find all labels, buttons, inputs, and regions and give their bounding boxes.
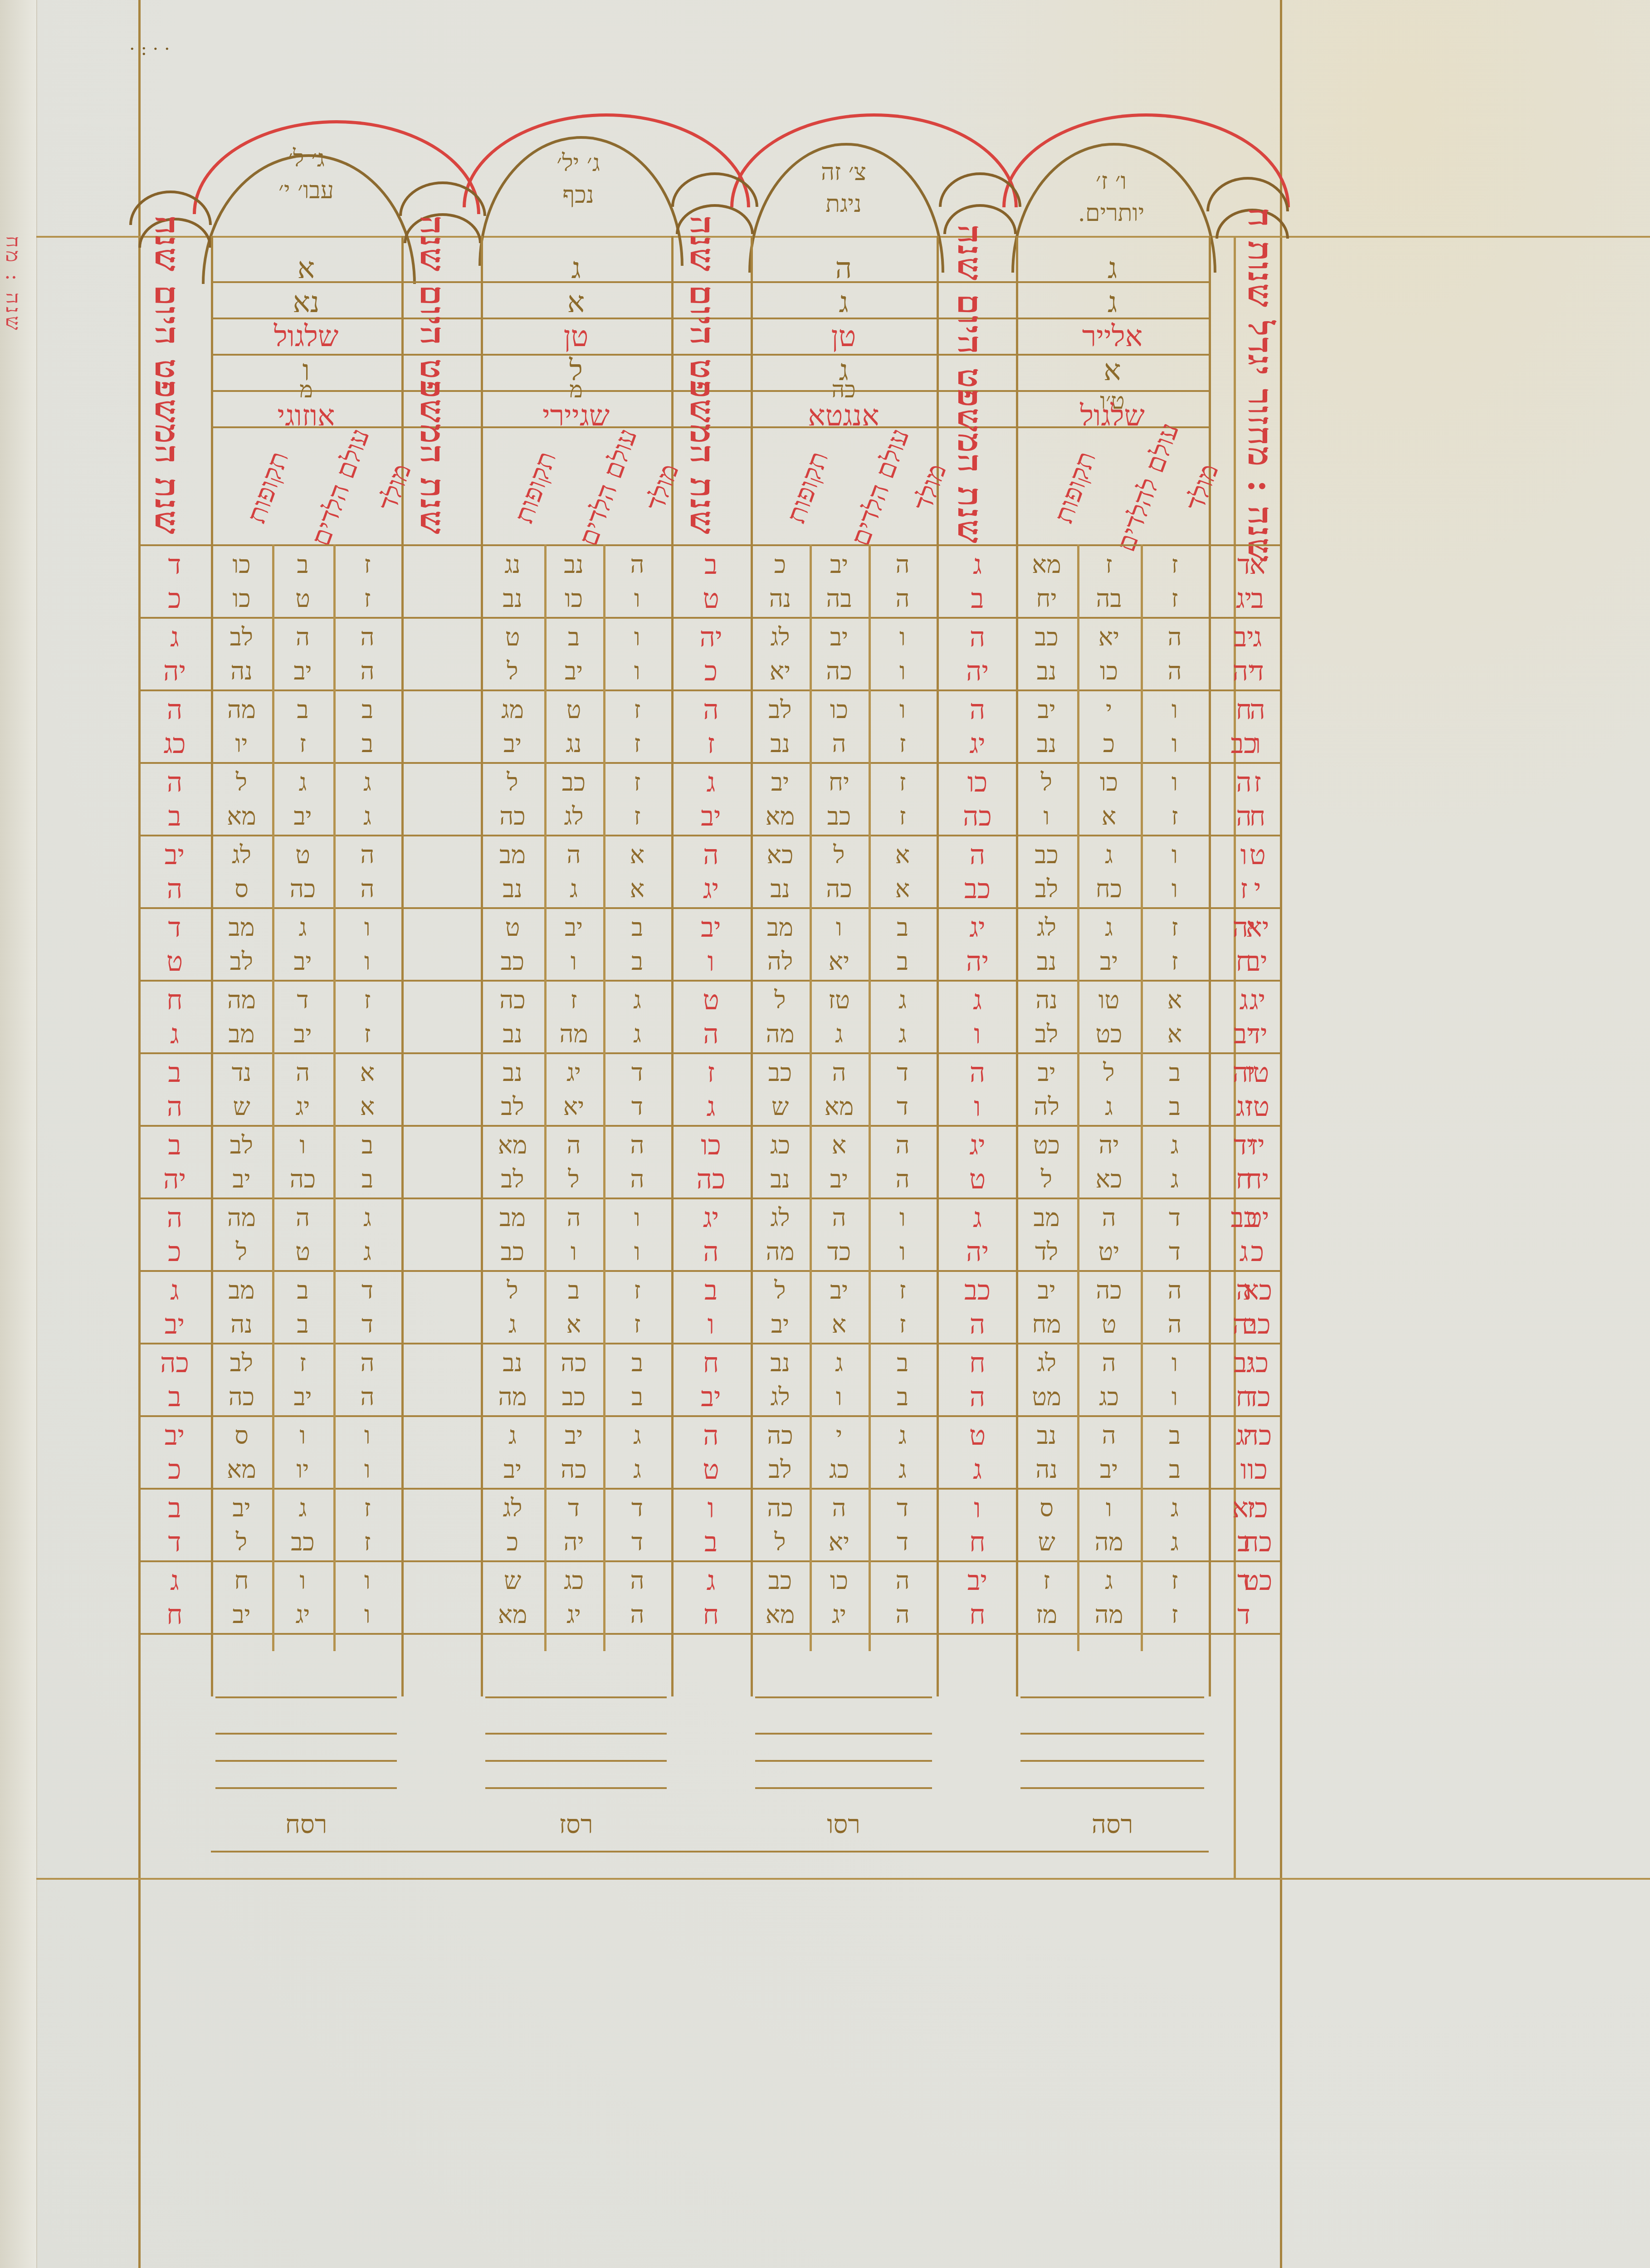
table-cell: נב xyxy=(1016,726,1077,762)
table-cell: יב xyxy=(272,1016,333,1052)
table-row-rule xyxy=(138,544,1281,546)
table-row-rule xyxy=(138,762,1281,764)
table-cell: ה xyxy=(333,871,401,907)
footer-box-rule xyxy=(1020,1733,1204,1735)
table-cell: ה xyxy=(603,1597,671,1633)
table-cell: ב xyxy=(544,1272,603,1309)
table-cell: יב xyxy=(211,1597,272,1633)
red-year-label: ט xyxy=(138,943,211,980)
table-cell: ו xyxy=(1141,764,1209,801)
footer-box-rule xyxy=(1020,1760,1204,1762)
sec2-header-cell-2: ג xyxy=(751,286,937,319)
table-cell: ג xyxy=(333,1234,401,1270)
red-year-label: כה xyxy=(138,1345,211,1381)
table-row-rule xyxy=(138,1343,1281,1344)
footer-year-label: רסח xyxy=(211,1810,401,1839)
table-cell: לב xyxy=(1016,871,1077,907)
table-cell: ג xyxy=(603,1417,671,1454)
section-4-arch-sub: עבו׳ י׳ xyxy=(238,177,374,204)
table-cell: ו xyxy=(603,1234,671,1270)
table-cell: מא xyxy=(751,1597,810,1633)
table-cell: נב xyxy=(481,581,544,617)
red-year-label: ה xyxy=(939,619,1016,655)
red-year-label: ג xyxy=(671,1089,751,1125)
table-cell: יו xyxy=(272,1452,333,1488)
table-cell: ש xyxy=(751,1089,810,1125)
table-cell: כב xyxy=(751,1055,810,1091)
table-cell: ה xyxy=(333,653,401,689)
table-cell: כג xyxy=(810,1452,869,1488)
table-cell: יב xyxy=(544,1417,603,1454)
red-year-label: ה xyxy=(138,1089,211,1125)
red-year-label: כב xyxy=(1209,726,1279,762)
table-cell: ל xyxy=(1016,764,1077,801)
table-cell: ג xyxy=(869,1016,937,1052)
table-cell: כב xyxy=(272,1524,333,1560)
table-cell: ז xyxy=(1141,581,1209,617)
table-cell: א xyxy=(869,837,937,873)
red-year-label: ג xyxy=(1209,982,1279,1018)
red-year-label: יב xyxy=(1209,1016,1279,1052)
table-cell: מה xyxy=(481,1379,544,1415)
red-year-label: כג xyxy=(138,726,211,762)
red-year-label: ז xyxy=(671,1055,751,1091)
table-cell: לב xyxy=(751,1452,810,1488)
red-year-label: ו xyxy=(671,1306,751,1343)
table-cell: ל xyxy=(751,982,810,1018)
table-cell: א xyxy=(603,837,671,873)
table-cell: יב xyxy=(1016,1272,1077,1309)
table-cell: ל xyxy=(481,764,544,801)
red-year-label: ט xyxy=(671,1452,751,1488)
table-cell: ח xyxy=(211,1563,272,1599)
table-cell: ו xyxy=(272,1563,333,1599)
table-cell: ה xyxy=(272,1055,333,1091)
table-cell: ג xyxy=(1077,837,1141,873)
table-cell: לג xyxy=(1016,1345,1077,1381)
table-cell: יח xyxy=(810,764,869,801)
table-cell: ה xyxy=(810,1055,869,1091)
table-cell: כט xyxy=(1077,1016,1141,1052)
red-year-label: ט xyxy=(939,1417,1016,1454)
red-year-label: ב xyxy=(1209,1524,1279,1560)
table-cell: כו xyxy=(211,581,272,617)
table-cell: ג xyxy=(333,764,401,801)
table-cell: ה xyxy=(1141,1272,1209,1309)
table-cell: מט xyxy=(1016,1379,1077,1415)
red-year-label: ו xyxy=(939,1490,1016,1526)
table-cell: ב xyxy=(603,909,671,946)
footer-box-rule xyxy=(215,1787,397,1789)
red-year-label: יא xyxy=(1209,1490,1279,1526)
table-cell: ז xyxy=(869,1272,937,1309)
table-cell: ב xyxy=(272,547,333,583)
red-year-label: ח xyxy=(939,1345,1016,1381)
red-year-label: ג xyxy=(939,547,1016,583)
table-cell: ה xyxy=(544,1200,603,1236)
footer-box-rule xyxy=(1020,1787,1204,1789)
table-cell: יג xyxy=(810,1597,869,1633)
table-cell: ב xyxy=(869,909,937,946)
table-cell: א xyxy=(333,1055,401,1091)
table-cell: ב xyxy=(333,726,401,762)
table-cell: ג xyxy=(1141,1524,1209,1560)
red-year-label: יב xyxy=(138,837,211,873)
red-year-label: יה xyxy=(1209,909,1279,946)
table-cell: ו xyxy=(544,943,603,980)
table-cell: כא xyxy=(1077,1161,1141,1198)
table-cell: ג xyxy=(810,1345,869,1381)
section-2-vertical-label: שנת המשפט היום שנה xyxy=(683,218,722,535)
table-cell: ו xyxy=(810,1379,869,1415)
table-cell: יח xyxy=(1016,581,1077,617)
red-year-label: יה xyxy=(138,1161,211,1198)
footer-box-rule xyxy=(215,1760,397,1762)
red-year-label: ח xyxy=(671,1597,751,1633)
footer-box-rule xyxy=(485,1787,667,1789)
red-year-label: ח xyxy=(138,982,211,1018)
red-year-label: כ xyxy=(138,1234,211,1270)
red-year-label: ה xyxy=(671,837,751,873)
red-year-label: ה xyxy=(939,1379,1016,1415)
table-cell: נה xyxy=(211,653,272,689)
table-cell: ז xyxy=(869,726,937,762)
table-cell: לב xyxy=(751,692,810,728)
red-year-label: ו xyxy=(671,943,751,980)
table-cell: מה xyxy=(211,1200,272,1236)
table-cell: ב xyxy=(272,1306,333,1343)
red-year-label: ה xyxy=(671,692,751,728)
table-cell: ו xyxy=(333,909,401,946)
table-cell: ו xyxy=(1141,1379,1209,1415)
red-year-label: ה xyxy=(939,837,1016,873)
table-cell: יט xyxy=(1077,1234,1141,1270)
table-cell: ה xyxy=(333,1345,401,1381)
section-2-arch-top: צ׳ זה xyxy=(776,159,912,186)
table-cell: ז xyxy=(1016,1563,1077,1599)
table-cell: יא xyxy=(810,1524,869,1560)
table-cell: יב xyxy=(810,1161,869,1198)
red-year-label: ה xyxy=(671,1417,751,1454)
sec4-col-head-3: תקופות xyxy=(230,418,306,556)
red-year-label: ג xyxy=(671,764,751,801)
table-cell: יג xyxy=(272,1089,333,1125)
footer-year-label: רסו xyxy=(751,1810,937,1839)
table-row-rule xyxy=(138,1415,1281,1417)
table-cell: כה xyxy=(810,871,869,907)
footer-box-rule xyxy=(755,1760,932,1762)
footer-box-rule xyxy=(755,1696,932,1698)
table-cell: ג xyxy=(603,982,671,1018)
table-cell: נג xyxy=(481,547,544,583)
footer-box-rule xyxy=(485,1733,667,1735)
red-year-label: ט xyxy=(671,581,751,617)
ink-blots: · : · · xyxy=(129,39,170,59)
table-cell: י xyxy=(1077,692,1141,728)
footer-box-rule xyxy=(485,1696,667,1698)
table-cell: לג xyxy=(544,798,603,835)
sec1-header-cell-1: ג xyxy=(1016,252,1209,285)
table-cell: ד xyxy=(869,1490,937,1526)
red-year-label: ט xyxy=(671,982,751,1018)
table-cell: ז xyxy=(869,1306,937,1343)
table-cell: ז xyxy=(603,1272,671,1309)
table-cell: ה xyxy=(1141,1306,1209,1343)
red-year-label: כ xyxy=(138,1452,211,1488)
table-cell: ל xyxy=(751,1272,810,1309)
table-cell: כה xyxy=(272,871,333,907)
table-cell: ו xyxy=(1141,692,1209,728)
table-cell: יב xyxy=(751,1306,810,1343)
table-cell: כה xyxy=(544,1452,603,1488)
gutter-text: שנה : מח xyxy=(6,236,24,333)
table-cell: ב xyxy=(1141,1055,1209,1091)
table-cell: ו xyxy=(869,692,937,728)
table-cell: ג xyxy=(272,909,333,946)
red-year-label: ב xyxy=(138,1127,211,1163)
table-cell: ט xyxy=(544,692,603,728)
table-cell: טז xyxy=(810,982,869,1018)
red-year-label: ח xyxy=(1209,1161,1279,1198)
sec4-header-cell-1: א xyxy=(211,252,401,285)
sec1-header-cell-4: א xyxy=(1016,354,1209,387)
table-row-rule xyxy=(138,980,1281,982)
table-cell: ב xyxy=(272,692,333,728)
table-cell: ב xyxy=(603,1345,671,1381)
table-cell: ה xyxy=(869,1597,937,1633)
table-cell: ה xyxy=(1077,1345,1141,1381)
table-cell: יב xyxy=(481,726,544,762)
table-cell: ה xyxy=(869,581,937,617)
table-cell: נד xyxy=(211,1055,272,1091)
table-cell: ה xyxy=(869,1563,937,1599)
table-cell: ז xyxy=(869,764,937,801)
table-cell: ה xyxy=(333,1379,401,1415)
table-cell: נב xyxy=(481,1055,544,1091)
red-year-label: ה xyxy=(939,1055,1016,1091)
table-cell: ו xyxy=(1016,798,1077,835)
footer-year-label: רסז xyxy=(481,1810,671,1839)
table-cell: ג xyxy=(869,1452,937,1488)
red-year-label: כה xyxy=(939,798,1016,835)
red-year-label: ג xyxy=(138,1016,211,1052)
table-cell: כה xyxy=(1077,1272,1141,1309)
table-cell: ל xyxy=(810,837,869,873)
red-year-label: ז xyxy=(1209,871,1279,907)
table-cell: מה xyxy=(211,692,272,728)
red-year-label: ג xyxy=(671,1563,751,1599)
table-cell: יב xyxy=(810,1272,869,1309)
red-year-label: יב xyxy=(1209,1345,1279,1381)
red-year-label: ד xyxy=(138,1524,211,1560)
table-cell: ו xyxy=(1077,1490,1141,1526)
table-cell: כח xyxy=(1077,871,1141,907)
table-cell: לג xyxy=(1016,909,1077,946)
red-year-label: ב xyxy=(939,581,1016,617)
table-cell: כו xyxy=(810,692,869,728)
table-cell: ז xyxy=(603,798,671,835)
table-cell: ה xyxy=(810,1200,869,1236)
manuscript-page: שנה : מח · : · · ו׳ ז׳ יותרים. צ׳ זה ניג… xyxy=(0,0,1650,2268)
table-cell: ל xyxy=(481,1272,544,1309)
table-cell: ג xyxy=(333,1200,401,1236)
table-cell: ו xyxy=(333,1452,401,1488)
table-cell: ד xyxy=(544,1490,603,1526)
table-cell: לג xyxy=(751,619,810,655)
table-cell: כ xyxy=(1077,726,1141,762)
table-cell: כה xyxy=(272,1161,333,1198)
red-year-label: יה xyxy=(671,619,751,655)
table-cell: יב xyxy=(211,1161,272,1198)
red-year-label: יג xyxy=(671,871,751,907)
table-cell: לב xyxy=(211,619,272,655)
red-year-label: ו xyxy=(671,1490,751,1526)
table-cell: מז xyxy=(1016,1597,1077,1633)
table-cell: כב xyxy=(751,1563,810,1599)
table-cell: ב xyxy=(869,1379,937,1415)
table-cell: ד xyxy=(869,1089,937,1125)
table-cell: ד xyxy=(1141,1200,1209,1236)
table-cell: א xyxy=(1077,798,1141,835)
table-cell: ו xyxy=(1141,871,1209,907)
table-cell: כב xyxy=(544,1379,603,1415)
section-3-arch-top: ג׳ יל׳ xyxy=(510,150,646,177)
table-cell: טו xyxy=(1077,982,1141,1018)
red-year-label: ב xyxy=(138,1055,211,1091)
table-cell: נב xyxy=(751,1161,810,1198)
table-cell: כה xyxy=(751,1490,810,1526)
table-cell: מה xyxy=(544,1016,603,1052)
table-row-rule xyxy=(138,1560,1281,1562)
table-cell: ד xyxy=(603,1089,671,1125)
table-cell: ה xyxy=(603,1161,671,1198)
table-cell: נב xyxy=(544,547,603,583)
footer-box-rule xyxy=(485,1760,667,1762)
table-cell: ט xyxy=(481,909,544,946)
table-cell: ד xyxy=(603,1055,671,1091)
section-3-arch-sub: נכף xyxy=(510,181,646,209)
facing-page-gutter: שנה : מח xyxy=(0,0,37,2268)
table-cell: ב xyxy=(1141,1089,1209,1125)
table-cell: ז xyxy=(333,547,401,583)
red-year-label: יב xyxy=(1209,619,1279,655)
table-cell: ט xyxy=(1077,1306,1141,1343)
table-cell: ה xyxy=(869,1161,937,1198)
table-cell: נב xyxy=(751,726,810,762)
table-cell: א xyxy=(810,1306,869,1343)
red-year-label: ה xyxy=(1209,1272,1279,1309)
table-cell: ד xyxy=(333,1306,401,1343)
table-cell: ה xyxy=(544,837,603,873)
table-cell: ג xyxy=(1141,1490,1209,1526)
red-year-label: ה xyxy=(671,1016,751,1052)
section-3-vertical-label: שנת המשפט היום שנה xyxy=(413,218,452,535)
table-cell: ב xyxy=(1141,1417,1209,1454)
red-year-label: ה xyxy=(1209,798,1279,835)
table-cell: ו xyxy=(603,653,671,689)
table-cell: ה xyxy=(544,1127,603,1163)
table-cell: יב xyxy=(544,653,603,689)
table-cell: ס xyxy=(1016,1490,1077,1526)
table-cell: ז xyxy=(333,581,401,617)
red-year-label: ח xyxy=(939,1524,1016,1560)
table-cell: ה xyxy=(810,1490,869,1526)
table-cell: לה xyxy=(751,943,810,980)
table-cell: יב xyxy=(1077,1452,1141,1488)
table-cell: כה xyxy=(544,1345,603,1381)
table-cell: ג xyxy=(481,1417,544,1454)
table-cell: ו xyxy=(333,1417,401,1454)
table-cell: כה xyxy=(751,1417,810,1454)
table-cell: מא xyxy=(751,798,810,835)
table-row-rule xyxy=(138,1270,1281,1272)
table-cell: ב xyxy=(869,943,937,980)
red-year-label: יב xyxy=(138,1306,211,1343)
table-row-rule xyxy=(138,689,1281,691)
table-cell: יב xyxy=(1016,692,1077,728)
red-year-label: ד xyxy=(1209,1597,1279,1633)
table-cell: ג xyxy=(1077,909,1141,946)
table-cell: ד xyxy=(869,1055,937,1091)
table-row-rule xyxy=(138,1052,1281,1054)
table-cell: א xyxy=(1141,1016,1209,1052)
sec3-header-cell-1: ג xyxy=(481,252,671,285)
table-cell: ג xyxy=(481,1306,544,1343)
table-cell: ל xyxy=(751,1524,810,1560)
table-cell: כב xyxy=(810,798,869,835)
table-cell: ל xyxy=(481,653,544,689)
table-cell: יב xyxy=(1077,943,1141,980)
table-cell: כו xyxy=(1077,764,1141,801)
red-year-label: ח xyxy=(1209,692,1279,728)
table-cell: כב xyxy=(1016,619,1077,655)
table-cell: ה xyxy=(810,726,869,762)
table-cell: ז xyxy=(869,798,937,835)
table-cell: יא xyxy=(1077,619,1141,655)
red-year-label: כו xyxy=(671,1127,751,1163)
table-row-rule xyxy=(138,1633,1281,1635)
table-cell: יה xyxy=(544,1524,603,1560)
table-cell: ש xyxy=(481,1563,544,1599)
red-year-label: יב xyxy=(939,1563,1016,1599)
red-year-label: יג xyxy=(1209,581,1279,617)
table-cell: יב xyxy=(272,798,333,835)
table-cell: ב xyxy=(272,1272,333,1309)
table-cell: ה xyxy=(603,1127,671,1163)
sec4-header-cell-3: שלגול xyxy=(211,320,401,353)
table-cell: א xyxy=(869,871,937,907)
table-cell: לג xyxy=(751,1379,810,1415)
sec3-col-head-3: תקופות xyxy=(498,418,573,556)
table-cell: ו xyxy=(333,1563,401,1599)
sec1-col-head-3: תקופות xyxy=(1037,418,1113,556)
table-cell: ז xyxy=(1141,1563,1209,1599)
red-year-label: ו xyxy=(939,1016,1016,1052)
table-cell: לה xyxy=(1016,1089,1077,1125)
table-cell: לב xyxy=(481,1161,544,1198)
table-cell: ה xyxy=(333,619,401,655)
table-cell: מא xyxy=(211,798,272,835)
table-cell: כא xyxy=(751,837,810,873)
table-cell: כג xyxy=(751,1127,810,1163)
section-1-arch-sub: יותרים. xyxy=(1043,200,1179,227)
red-year-label: יה xyxy=(939,943,1016,980)
table-cell: ה xyxy=(603,1563,671,1599)
red-year-label: ב xyxy=(138,1379,211,1415)
table-cell: נב xyxy=(1016,653,1077,689)
table-cell: ש xyxy=(1016,1524,1077,1560)
table-cell: מב xyxy=(751,909,810,946)
